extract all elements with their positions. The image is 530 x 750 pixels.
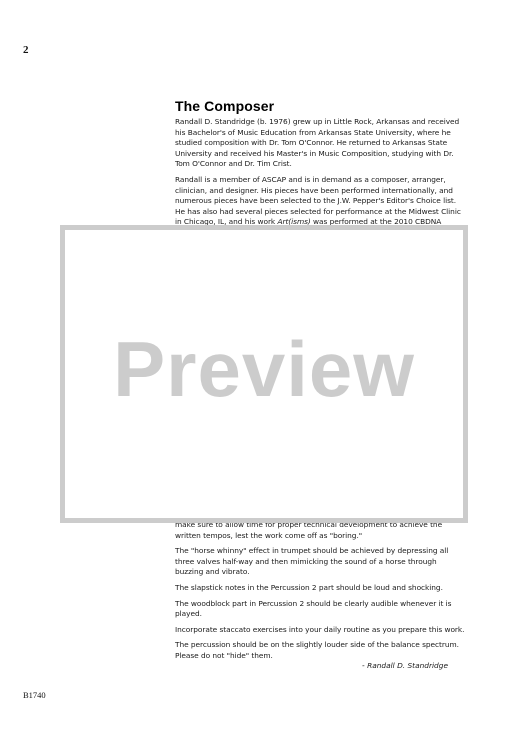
section-title: The Composer: [175, 98, 465, 114]
note-slapstick: The slapstick notes in the Percussion 2 …: [175, 583, 465, 594]
preview-watermark: Preview: [65, 330, 463, 408]
preview-overlay: Preview: [60, 225, 468, 523]
note-tempo: make sure to allow time for proper techn…: [175, 520, 465, 541]
note-woodblock: The woodblock part in Percussion 2 shoul…: [175, 599, 465, 620]
page-number: 2: [23, 44, 29, 56]
bio-paragraph-2: Randall is a member of ASCAP and is in d…: [175, 175, 465, 207]
note-trumpet: The "horse whinny" effect in trumpet sho…: [175, 546, 465, 578]
note-percussion: The percussion should be on the slightly…: [175, 640, 465, 661]
note-staccato: Incorporate staccato exercises into your…: [175, 625, 465, 636]
performance-notes: make sure to allow time for proper techn…: [175, 520, 465, 667]
composer-section: The Composer Randall D. Standridge (b. 1…: [175, 98, 465, 244]
bio-paragraph-1: Randall D. Standridge (b. 1976) grew up …: [175, 117, 465, 170]
signature: - Randall D. Standridge: [362, 661, 448, 670]
catalog-code: B1740: [23, 690, 46, 700]
